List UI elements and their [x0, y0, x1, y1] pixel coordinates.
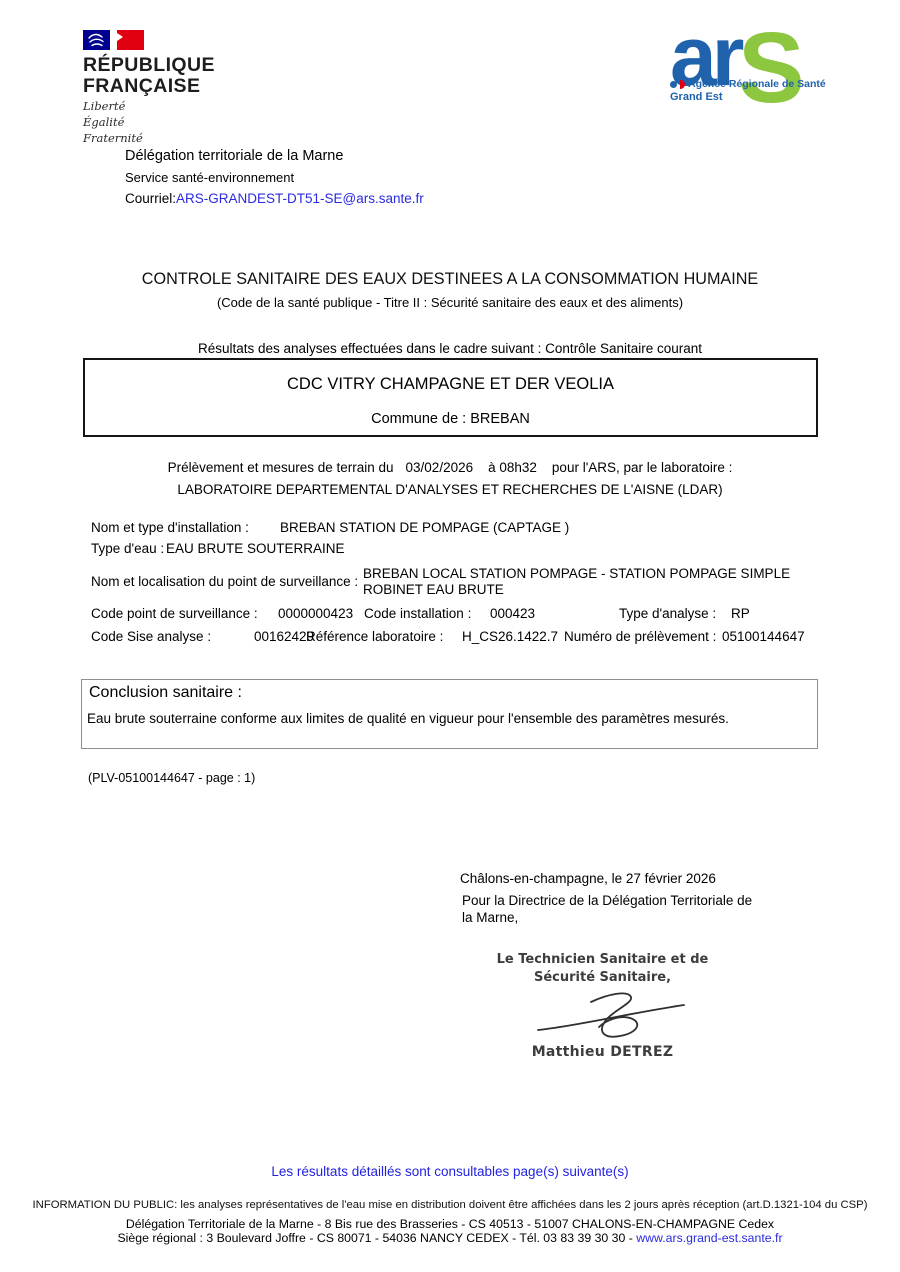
surveillance-point-value-line2: ROBINET EAU BRUTE — [363, 582, 504, 597]
water-type-label: Type d'eau : — [91, 541, 164, 556]
signature-scribble-icon — [536, 989, 686, 1039]
document-page: RÉPUBLIQUE FRANÇAISE Liberté Égalité Fra… — [0, 0, 900, 1272]
email-label: Courriel: — [125, 191, 176, 206]
footer-address-line2-text: Siège régional : 3 Boulevard Joffre - CS… — [117, 1231, 636, 1245]
ars-logo-s: S — [738, 18, 805, 118]
code-installation-value: 000423 — [490, 606, 535, 621]
lab-ref-label: Référence laboratoire : — [306, 629, 443, 644]
sampling-line: Prélèvement et mesures de terrain du 03/… — [0, 460, 900, 475]
signer-role: Le Technicien Sanitaire et de Sécurité S… — [495, 951, 710, 986]
footer-address-line1: Délégation Territoriale de la Marne - 8 … — [0, 1217, 900, 1231]
republique-francaise-motto: Liberté Égalité Fraternité — [83, 98, 143, 146]
conclusion-text: Eau brute souterraine conforme aux limit… — [87, 711, 729, 726]
detailed-results-link[interactable]: Les résultats détaillés sont consultable… — [271, 1164, 628, 1179]
sampling-time: à 08h32 — [488, 460, 537, 475]
installation-value: BREBAN STATION DE POMPAGE (CAPTAGE ) — [280, 520, 569, 535]
sampling-suffix: pour l'ARS, par le laboratoire : — [552, 460, 732, 475]
analysis-type-label: Type d'analyse : — [619, 606, 716, 621]
installation-label: Nom et type d'installation : — [91, 520, 249, 535]
code-sise-label: Code Sise analyse : — [91, 629, 211, 644]
commune-label: Commune de : BREBAN — [85, 411, 816, 427]
water-type-value: EAU BRUTE SOUTERRAINE — [166, 541, 345, 556]
sample-number-value: 05100144647 — [722, 629, 805, 644]
code-installation-label: Code installation : — [364, 606, 471, 621]
sample-number-label: Numéro de prélèvement : — [564, 629, 716, 644]
code-point-label: Code point de surveillance : — [91, 606, 258, 621]
ars-region-label: Grand Est — [670, 91, 723, 103]
network-name: CDC VITRY CHAMPAGNE ET DER VEOLIA — [85, 375, 816, 394]
sender-delegation: Délégation territoriale de la Marne — [125, 148, 343, 164]
sampling-prefix: Prélèvement et mesures de terrain du — [168, 460, 394, 475]
french-flag-icon — [83, 30, 145, 51]
code-point-value: 0000000423 — [278, 606, 353, 621]
analysis-context-line: Résultats des analyses effectuées dans l… — [0, 341, 900, 356]
conclusion-title: Conclusion sanitaire : — [89, 684, 242, 702]
network-box: CDC VITRY CHAMPAGNE ET DER VEOLIA Commun… — [83, 358, 818, 437]
ars-grand-est-logo: ar S Agence Régionale de Santé Grand Est — [668, 28, 883, 128]
analysis-type-value: RP — [731, 606, 750, 621]
delegation-line2: la Marne, — [462, 910, 866, 927]
ars-tagline: Agence Régionale de Santé — [670, 78, 826, 90]
lab-ref-value: H_CS26.1422.7 — [462, 629, 558, 644]
results-link-line: Les résultats détaillés sont consultable… — [0, 1164, 900, 1179]
delegation-line1: Pour la Directrice de la Délégation Terr… — [462, 893, 866, 910]
laboratory-name: LABORATOIRE DEPARTEMENTAL D'ANALYSES ET … — [0, 482, 900, 497]
public-information-notice: INFORMATION DU PUBLIC: les analyses repr… — [0, 1199, 900, 1211]
sender-email-line: Courriel:ARS-GRANDEST-DT51-SE@ars.sante.… — [125, 191, 424, 206]
signer-name: Matthieu DETREZ — [495, 1044, 710, 1060]
ars-dot-icon — [670, 81, 677, 88]
ars-website-link[interactable]: www.ars.grand-est.sante.fr — [636, 1231, 782, 1245]
conclusion-box: Conclusion sanitaire : Eau brute souterr… — [81, 679, 818, 749]
sender-service: Service santé-environnement — [125, 170, 294, 185]
ars-crescent-icon — [680, 80, 685, 89]
sampling-date: 03/02/2026 — [406, 460, 474, 475]
delegation-signature-intro: Pour la Directrice de la Délégation Terr… — [462, 893, 866, 926]
place-and-date: Châlons-en-champagne, le 27 février 2026 — [460, 871, 716, 886]
footer-address-line2: Siège régional : 3 Boulevard Joffre - CS… — [0, 1231, 900, 1245]
sender-email-link[interactable]: ARS-GRANDEST-DT51-SE@ars.sante.fr — [176, 191, 424, 206]
republique-francaise-title: RÉPUBLIQUE FRANÇAISE — [83, 55, 215, 97]
document-subtitle: (Code de la santé publique - Titre II : … — [0, 295, 900, 310]
page-reference: (PLV-05100144647 - page : 1) — [88, 771, 255, 785]
surveillance-point-label: Nom et localisation du point de surveill… — [91, 574, 358, 589]
signer-role-line1: Le Technicien Sanitaire et de — [495, 951, 710, 969]
document-title: CONTROLE SANITAIRE DES EAUX DESTINEES A … — [0, 270, 900, 289]
signer-role-line2: Sécurité Sanitaire, — [495, 969, 710, 987]
surveillance-point-value-line1: BREBAN LOCAL STATION POMPAGE - STATION P… — [363, 566, 790, 581]
republique-francaise-logo: RÉPUBLIQUE FRANÇAISE Liberté Égalité Fra… — [83, 30, 283, 56]
